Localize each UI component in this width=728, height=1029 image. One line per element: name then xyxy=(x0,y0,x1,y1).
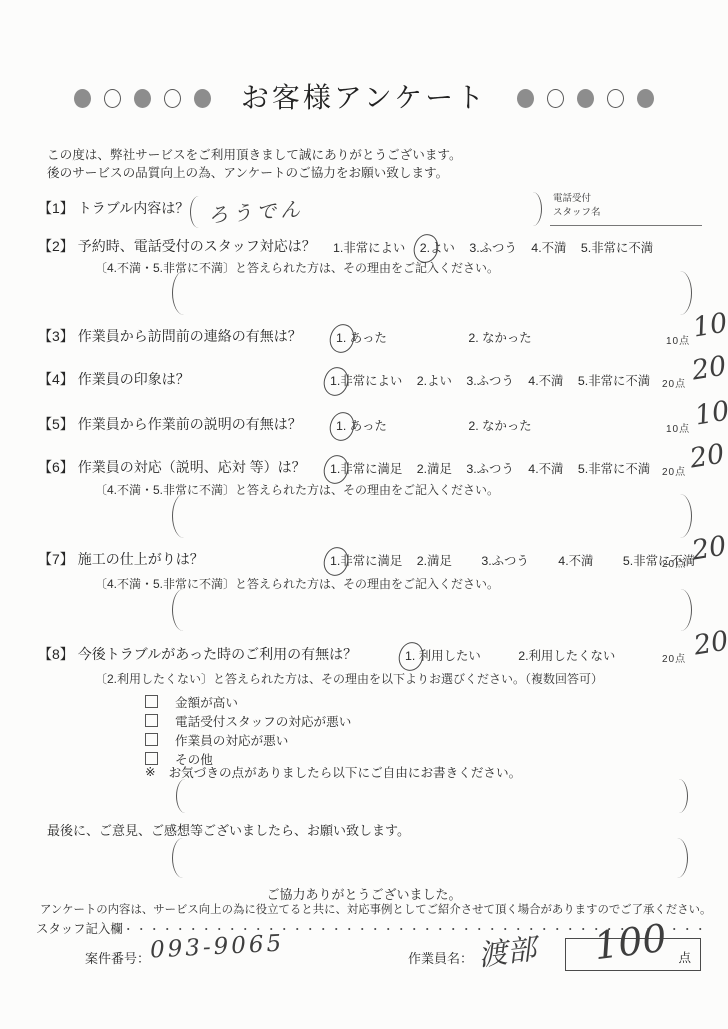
close-paren xyxy=(674,779,688,813)
intro-text: この度は、弊社サービスをご利用頂きまして誠にありがとうございます。 後のサービス… xyxy=(47,147,462,183)
question-3-text: 【3】作業員から訪問前の連絡の有無は？ xyxy=(38,326,302,346)
final-comment-free-response-area xyxy=(172,838,688,878)
option: 5.非常に不満 xyxy=(578,374,650,388)
handwritten-score: 10 xyxy=(691,309,728,341)
question-7-free-response-area xyxy=(172,589,692,631)
score-label: 10点 xyxy=(666,420,690,435)
option-circled: 1. あった xyxy=(336,331,387,345)
handwritten-worker-signature: 渡部 xyxy=(476,927,539,975)
option: 3.ふつう xyxy=(466,462,514,476)
handwritten-score: 20 xyxy=(690,532,728,564)
option-circled: 1.非常に満足 xyxy=(330,462,402,476)
question-8-options: 1. 利用したい 2.利用したくない xyxy=(405,646,626,664)
outline-circle-icon xyxy=(547,89,564,108)
handwritten-total-score: 100 xyxy=(592,919,669,966)
deco-circles-left xyxy=(74,89,211,108)
title-row: お客様アンケート xyxy=(0,84,728,112)
deco-circles-right xyxy=(517,89,654,108)
score-label: 20点 xyxy=(662,555,686,570)
score-label: 20点 xyxy=(662,463,686,478)
checkbox-icon xyxy=(145,695,158,708)
close-paren xyxy=(678,271,692,315)
open-paren xyxy=(172,271,186,315)
filled-circle-icon xyxy=(517,89,534,108)
filled-circle-icon xyxy=(74,89,91,108)
close-paren xyxy=(678,494,692,538)
score-label: 20点 xyxy=(662,375,686,390)
question-1-text: 【1】トラブル内容は？ xyxy=(38,198,189,218)
option-circled: 1. あった xyxy=(336,419,387,433)
question-2-text: 【2】予約時、電話受付のスタッフ対応は？ xyxy=(38,236,316,256)
worker-name-label: 作業員名： xyxy=(408,948,473,967)
option: 5.非常に不満 xyxy=(581,241,653,255)
final-comment-text: 最後に、ご意見、ご感想等ございましたら、お願い致します。 xyxy=(47,820,410,839)
option-circled: 1.非常によい xyxy=(330,374,402,388)
handwritten-score: 20 xyxy=(690,352,728,384)
option: 4.不満 xyxy=(528,462,563,476)
question-6-options: 1.非常に満足 2.満足 3.ふつう 4.不満 5.非常に不満 xyxy=(330,459,661,477)
option: 2. なかった xyxy=(468,419,531,433)
option: 5.非常に不満 xyxy=(578,462,650,476)
filled-circle-icon xyxy=(134,89,151,108)
question-3-options: 1. あった 2. なかった xyxy=(336,328,543,346)
score-unit-label: 点 xyxy=(678,948,691,966)
option: 3.ふつう xyxy=(481,554,529,568)
filled-circle-icon xyxy=(577,89,594,108)
handwritten-case-number: 093-9065 xyxy=(149,931,284,964)
outline-circle-icon xyxy=(104,89,121,108)
question-7-options: 1.非常に満足 2.満足 3.ふつう 4.不満 5.非常に不満 xyxy=(330,551,706,569)
open-paren xyxy=(190,196,204,228)
checkbox-row-price: 金額が高い xyxy=(145,692,238,711)
close-paren xyxy=(528,192,542,226)
option: 2. なかった xyxy=(468,331,531,345)
option-circled: 1.非常に満足 xyxy=(330,554,402,568)
question-5-options: 1. あった 2. なかった xyxy=(336,416,543,434)
option: 4.不満 xyxy=(528,374,563,388)
option: 2.満足 xyxy=(417,462,452,476)
question-number: 【1】 xyxy=(38,200,74,216)
question-5-text: 【5】作業員から作業前の説明の有無は？ xyxy=(38,414,302,434)
reference-mark: ※ xyxy=(145,764,156,779)
question-8-free-response-area xyxy=(176,779,688,813)
option: 3.ふつう xyxy=(469,241,517,255)
option-circled: 1. 利用したい xyxy=(405,649,481,663)
checkbox-icon xyxy=(145,733,158,746)
open-paren xyxy=(172,494,186,538)
not-use-reason-note: 〔2.利用したくない〕と答えられた方は、その理由を以下よりお選びください。（複数… xyxy=(95,670,603,687)
option: 2.利用したくない xyxy=(518,649,615,663)
question-6-free-response-area xyxy=(172,494,692,538)
disclaimer-text: アンケートの内容は、サービス向上の為に役立てると共に、対応事例としてご紹介させて… xyxy=(40,901,711,917)
intro-line-2: 後のサービスの品質向上の為、アンケートのご協力をお願い致します。 xyxy=(47,165,462,183)
phone-staff-label: 電話受付 スタッフ名 xyxy=(553,192,601,220)
handwritten-score: 20 xyxy=(688,440,726,472)
question-2-options: 1.非常によい 2.よい 3.ふつう 4.不満 5.非常に不満 xyxy=(333,238,664,256)
close-paren xyxy=(678,589,692,631)
question-6-text: 【6】作業員の対応（説明、応対 等）は？ xyxy=(38,457,306,477)
option: 2.よい xyxy=(417,374,452,388)
question-2-free-response-area xyxy=(172,271,692,315)
checkbox-row-worker: 作業員の対応が悪い xyxy=(145,730,288,749)
staff-section-label: スタッフ記入欄 xyxy=(36,922,123,936)
option: 4.不満 xyxy=(558,554,593,568)
close-paren xyxy=(674,838,688,878)
option: 1.非常によい xyxy=(333,241,405,255)
total-score-box: 点 100 xyxy=(565,938,701,971)
filled-circle-icon xyxy=(194,89,211,108)
question-7-text: 【7】施工の仕上がりは？ xyxy=(38,549,204,569)
option: 2.満足 xyxy=(417,554,452,568)
question-4-options: 1.非常によい 2.よい 3.ふつう 4.不満 5.非常に不満 xyxy=(330,371,661,389)
handwritten-score: 10 xyxy=(693,397,728,429)
survey-scan-page: お客様アンケート この度は、弊社サービスをご利用頂きまして誠にありがとうございま… xyxy=(0,0,728,1029)
staff-name-underline xyxy=(550,225,702,226)
handwritten-score: 20 xyxy=(692,627,728,659)
question-4-text: 【4】作業員の印象は？ xyxy=(38,369,190,389)
option: 3.ふつう xyxy=(466,374,514,388)
open-paren xyxy=(172,838,186,878)
score-label: 20点 xyxy=(662,650,686,665)
score-label: 10点 xyxy=(666,332,690,347)
handwritten-trouble-answer: ろうでん xyxy=(207,193,305,229)
outline-circle-icon xyxy=(164,89,181,108)
intro-line-1: この度は、弊社サービスをご利用頂きまして誠にありがとうございます。 xyxy=(47,147,462,165)
question-8-text: 【8】今後トラブルがあった時のご利用の有無は？ xyxy=(38,644,357,664)
open-paren xyxy=(172,589,186,631)
checkbox-row-phone-staff: 電話受付スタッフの対応が悪い xyxy=(145,711,351,730)
option-circled: 2.よい xyxy=(420,241,455,255)
case-number-label: 案件番号： xyxy=(85,948,150,967)
option: 4.不満 xyxy=(531,241,566,255)
outline-circle-icon xyxy=(607,89,624,108)
filled-circle-icon xyxy=(637,89,654,108)
page-title: お客様アンケート xyxy=(241,84,487,112)
open-paren xyxy=(176,779,190,813)
checkbox-icon xyxy=(145,714,158,727)
